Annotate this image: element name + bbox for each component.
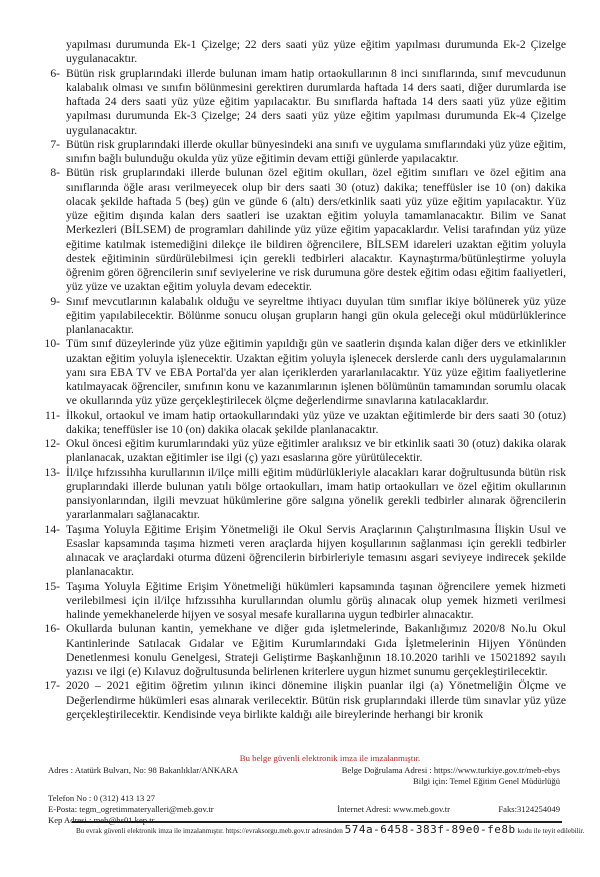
- item-number: 15-: [38, 580, 60, 594]
- letter-footer: Bu belge güvenli elektronik imza ile imz…: [0, 748, 600, 877]
- footer-email: E-Posta: tegm_ogretimmateryalleri@meb.go…: [48, 804, 214, 815]
- item-number: 8-: [38, 166, 60, 180]
- verification-code: 574a-6458-383f-89e0-fe8b: [345, 823, 516, 836]
- item-number: 17-: [38, 679, 60, 693]
- list-item-16: 16- Okullarda bulunan kantin, yemekhane …: [38, 622, 566, 679]
- item-text: 2020 – 2021 eğitim öğretim yılının ikinc…: [66, 679, 566, 721]
- item-number: 12-: [38, 437, 60, 451]
- document-body: yapılması durumunda Ek-1 Çizelge; 22 der…: [38, 38, 566, 722]
- item-text: Tüm sınıf düzeylerinde yüz yüze eğitimin…: [66, 337, 566, 407]
- item-number: 16-: [38, 622, 60, 636]
- list-item-6: 6- Bütün risk gruplarındaki illerde bulu…: [38, 67, 566, 138]
- footer-fax: Faks:3124254049: [498, 804, 560, 815]
- item-number: 9-: [38, 295, 60, 309]
- item-text: Bütün risk gruplarındaki illerde okullar…: [66, 138, 566, 165]
- list-item-13: 13- İl/ilçe hıfzıssıhha kurullarının il/…: [38, 466, 566, 523]
- scanned-document-page: yapılması durumunda Ek-1 Çizelge; 22 der…: [0, 0, 600, 877]
- item-text: Taşıma Yoluyla Eğitime Erişim Yönetmeliğ…: [66, 523, 566, 579]
- list-item-7: 7- Bütün risk gruplarındaki illerde okul…: [38, 138, 566, 167]
- footer-verify-address: Belge Doğrulama Adresi : https://www.tur…: [342, 765, 560, 776]
- list-item-10: 10- Tüm sınıf düzeylerinde yüz yüze eğit…: [38, 337, 566, 408]
- footer-info-for: Bilgi için: Temel Eğitim Genel Müdürlüğü: [413, 776, 560, 787]
- esign-notice: Bu belge güvenli elektronik imza ile imz…: [60, 753, 600, 764]
- item-number: 6-: [38, 67, 60, 81]
- verification-suffix: kodu ile teyit edilebilir.: [516, 827, 585, 835]
- item-text: Okullarda bulunan kantin, yemekhane ve d…: [66, 622, 566, 678]
- list-item-9: 9- Sınıf mevcutlarının kalabalık olduğu …: [38, 295, 566, 338]
- list-item-14: 14- Taşıma Yoluyla Eğitime Erişim Yönetm…: [38, 523, 566, 580]
- item-text: İlkokul, ortaokul ve imam hatip ortaokul…: [66, 409, 566, 436]
- list-item-17: 17- 2020 – 2021 eğitim öğretim yılının i…: [38, 679, 566, 722]
- item-text: Bütün risk gruplarındaki illerde bulunan…: [66, 166, 566, 293]
- list-item-11: 11- İlkokul, ortaokul ve imam hatip orta…: [38, 409, 566, 438]
- item-number: 13-: [38, 466, 60, 480]
- item-number: 11-: [38, 409, 60, 423]
- verification-prefix: Bu evrak güvenli elektronik imza ile imz…: [76, 827, 345, 835]
- footer-address: Adres : Atatürk Bulvarı, No: 98 Bakanlık…: [48, 765, 238, 776]
- item-number: 7-: [38, 138, 60, 152]
- list-item-15: 15- Taşıma Yoluyla Eğitime Erişim Yönetm…: [38, 580, 566, 623]
- paragraph-continuation: yapılması durumunda Ek-1 Çizelge; 22 der…: [38, 38, 566, 67]
- item-number: 14-: [38, 523, 60, 537]
- item-number: 10-: [38, 337, 60, 351]
- item-text: İl/ilçe hıfzıssıhha kurullarının il/ilçe…: [66, 466, 566, 522]
- item-text: Bütün risk gruplarındaki illerde bulunan…: [66, 67, 566, 137]
- list-item-8: 8- Bütün risk gruplarındaki illerde bulu…: [38, 166, 566, 294]
- verification-line: Bu evrak güvenli elektronik imza ile imz…: [76, 825, 570, 837]
- item-text: Okul öncesi eğitim kurumlarındaki yüz yü…: [66, 437, 566, 464]
- footer-phone: Telefon No : 0 (312) 413 13 27: [48, 793, 155, 804]
- list-item-12: 12- Okul öncesi eğitim kurumlarındaki yü…: [38, 437, 566, 466]
- item-text: Taşıma Yoluyla Eğitime Erişim Yönetmeliğ…: [66, 580, 566, 622]
- item-text: Sınıf mevcutlarının kalabalık olduğu ve …: [66, 295, 566, 337]
- footer-internet-address: İnternet Adresi: www.meb.gov.tr: [337, 804, 450, 815]
